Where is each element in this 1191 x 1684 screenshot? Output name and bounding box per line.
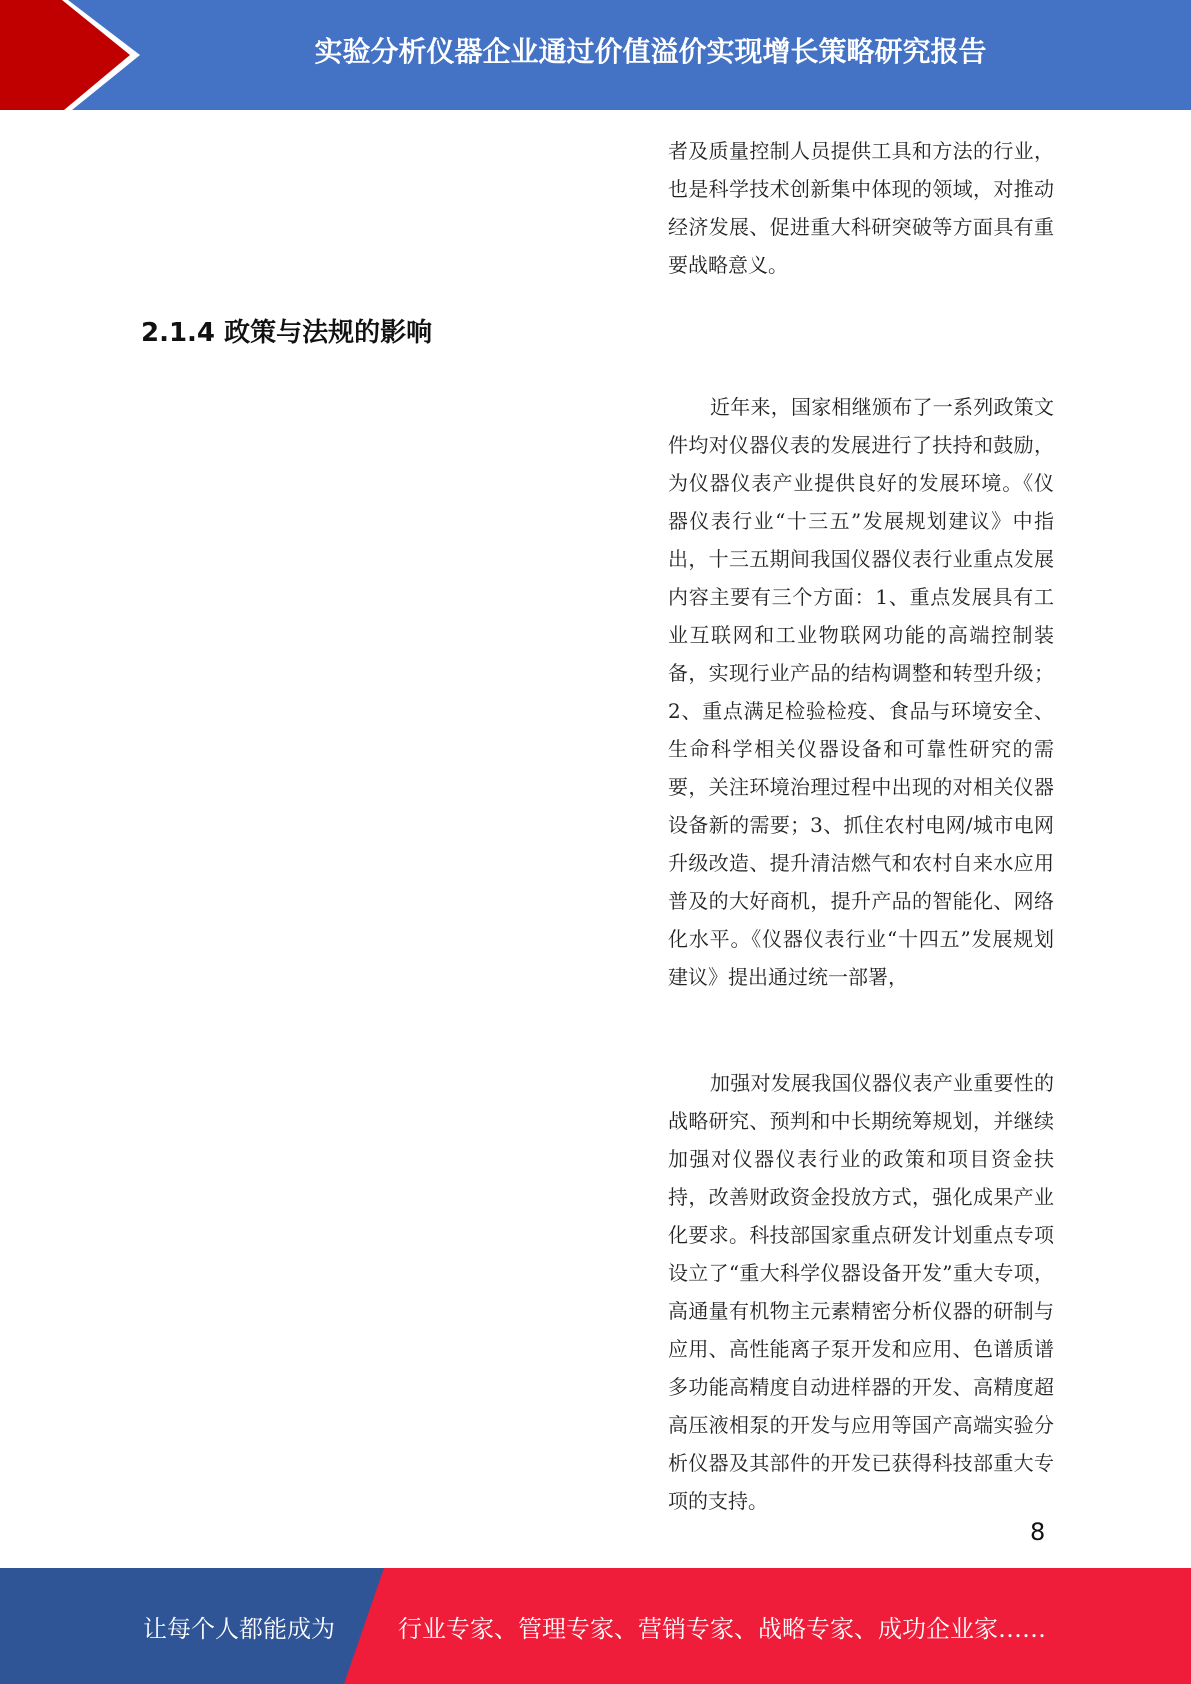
red-chevron-icon (0, 0, 160, 110)
footer-slogan-left: 让每个人都能成为 (143, 1568, 335, 1684)
section-heading: 2.1.4 政策与法规的影响 (141, 313, 432, 353)
paragraph-policy: 近年来，国家相继颁布了一系列政策文件均对仪器仪表的发展进行了扶持和鼓励，为仪器仪… (668, 388, 1054, 996)
page-footer: 让每个人都能成为 行业专家、管理专家、营销专家、战略专家、成功企业家…… (0, 1568, 1191, 1684)
paragraph-continuation: 者及质量控制人员提供工具和方法的行业，也是科学技术创新集中体现的领域，对推动经济… (668, 132, 1054, 284)
page-header: 实验分析仪器企业通过价值溢价实现增长策略研究报告 (0, 0, 1191, 110)
paragraph-support: 加强对发展我国仪器仪表产业重要性的战略研究、预判和中长期统筹规划，并继续加强对仪… (668, 1064, 1054, 1520)
footer-slogan-right: 行业专家、管理专家、营销专家、战略专家、成功企业家…… (398, 1568, 1046, 1684)
report-title: 实验分析仪器企业通过价值溢价实现增长策略研究报告 (150, 0, 1191, 100)
page-number: 8 (1030, 1518, 1045, 1546)
